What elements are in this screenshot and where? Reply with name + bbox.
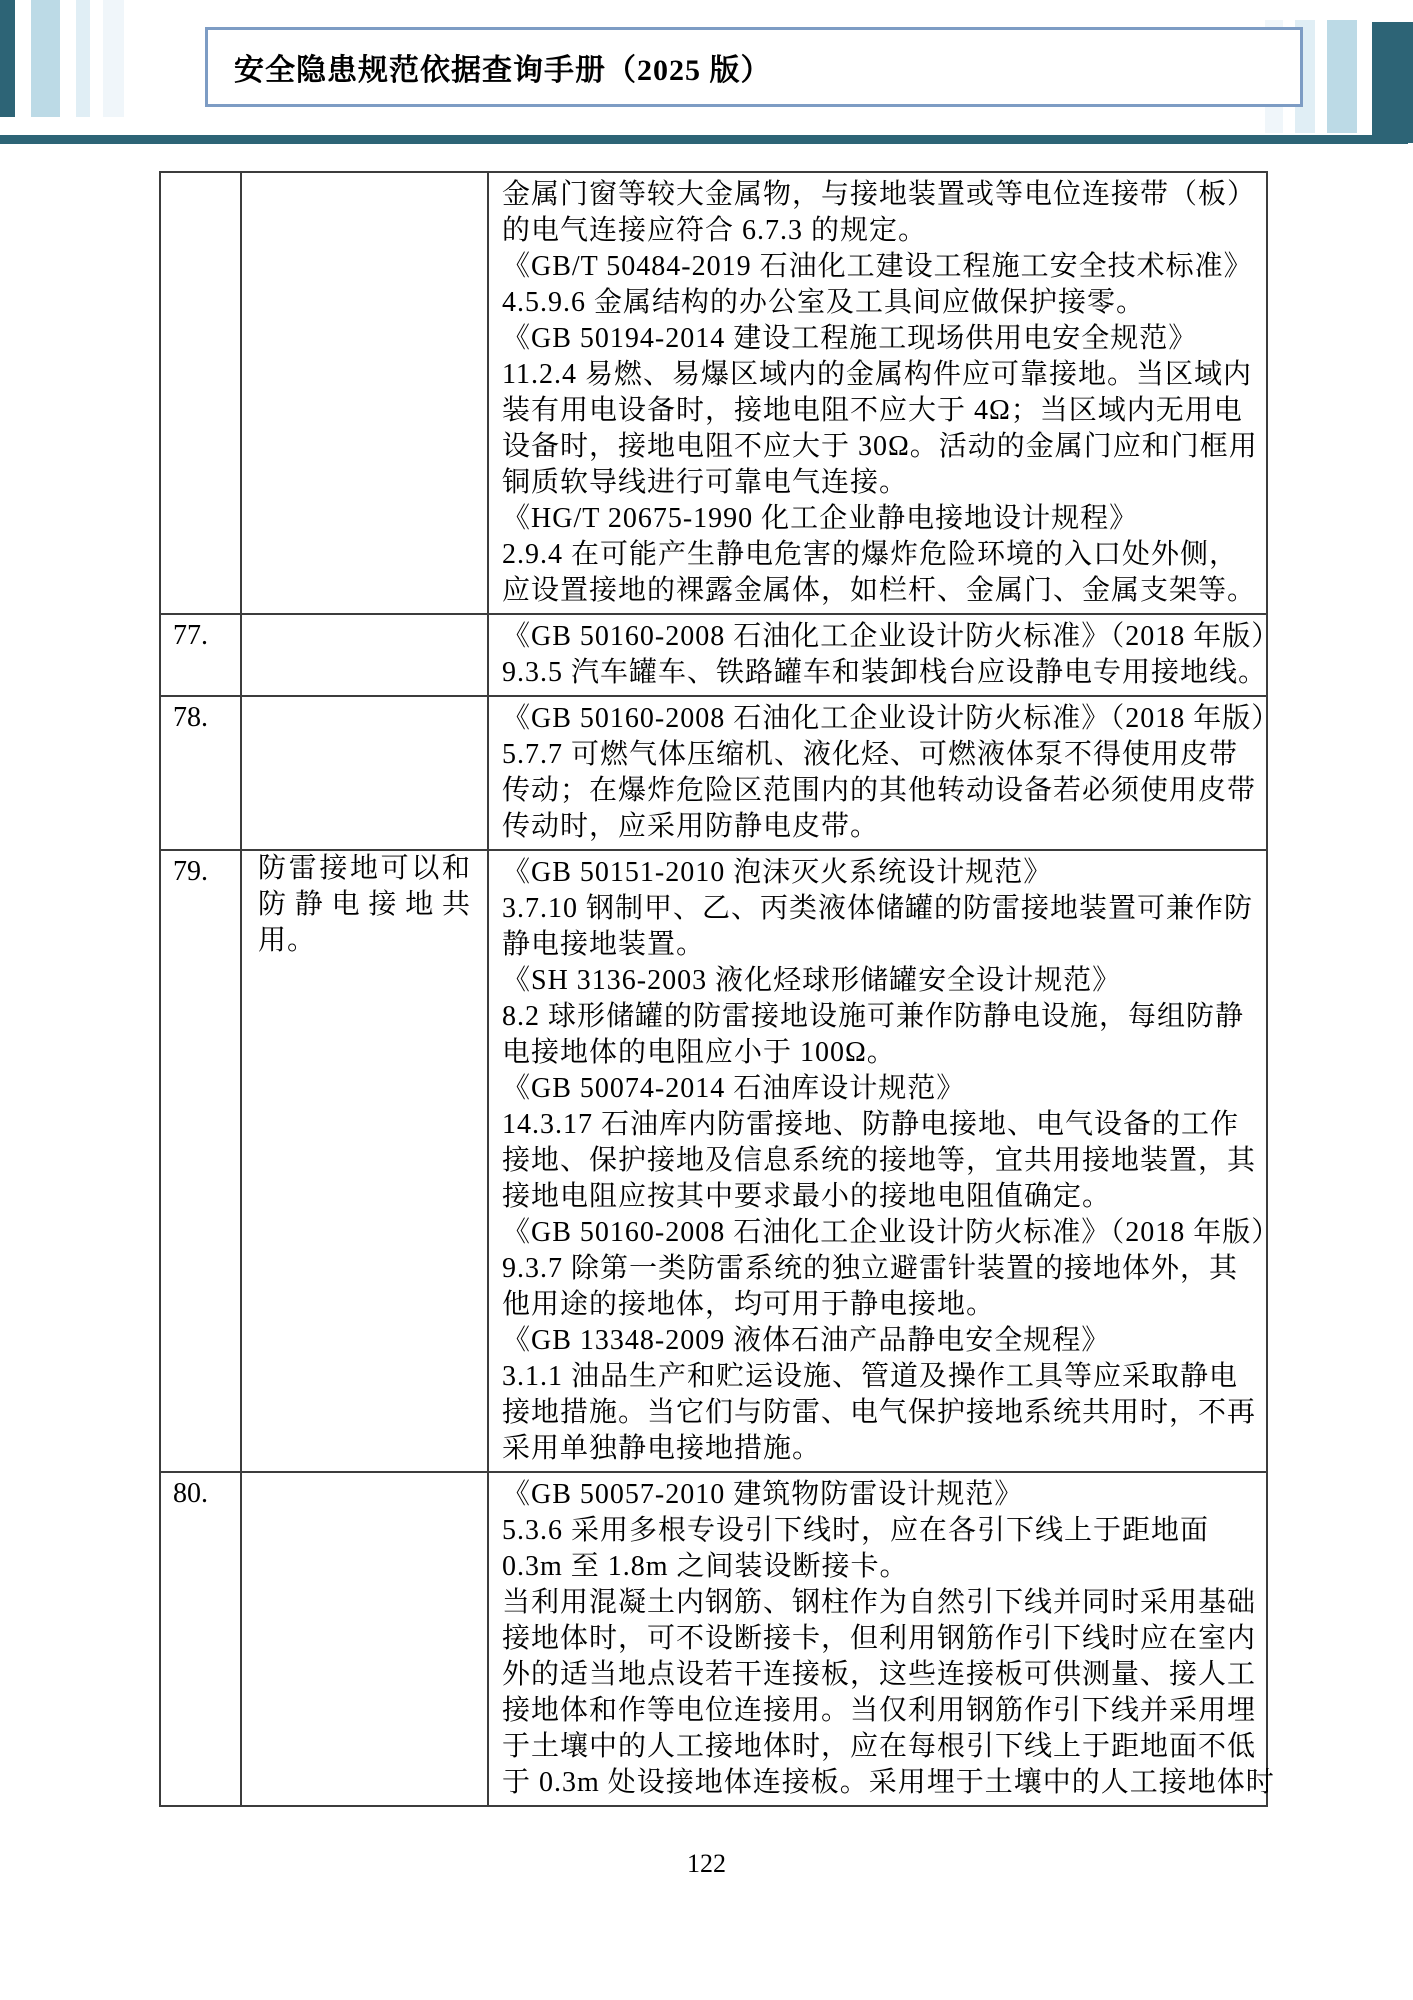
content-line: 接地措施。当它们与防雷、电气保护接地系统共用时，不再 xyxy=(502,1395,1260,1431)
content-line: 装有用电设备时，接地电阻不应大于 4Ω；当区域内无用电 xyxy=(502,393,1260,429)
row-note-cell: 防雷接地可以和防静电接地共用。 xyxy=(241,850,488,1472)
content-line: 接地、保护接地及信息系统的接地等，宜共用接地装置，其 xyxy=(502,1143,1260,1179)
content-line: 《GB 50160-2008 石油化工企业设计防火标准》（2018 年版） xyxy=(502,619,1260,655)
content-line: 接地体时，可不设断接卡，但利用钢筋作引下线时应在室内 xyxy=(502,1621,1260,1657)
row-note-cell xyxy=(241,696,488,850)
content-line: 《HG/T 20675-1990 化工企业静电接地设计规程》 xyxy=(502,501,1260,537)
content-line: 《GB 50194-2014 建设工程施工现场供用电安全规范》 xyxy=(502,321,1260,357)
content-line: 应设置接地的裸露金属体，如栏杆、金属门、金属支架等。 xyxy=(502,573,1260,609)
content-line: 0.3m 至 1.8m 之间装设断接卡。 xyxy=(502,1549,1260,1585)
content-line: 《SH 3136-2003 液化烃球形储罐安全设计规范》 xyxy=(502,963,1260,999)
row-number-cell: 79. xyxy=(160,850,241,1472)
row-note-cell xyxy=(241,172,488,614)
content-line: 设备时，接地电阻不应大于 30Ω。活动的金属门应和门框用 xyxy=(502,429,1260,465)
row-number: 77. xyxy=(173,618,240,654)
content-line: 接地电阻应按其中要求最小的接地电阻值确定。 xyxy=(502,1179,1260,1215)
content-line: 接地体和作等电位连接用。当仅利用钢筋作引下线并采用埋 xyxy=(502,1693,1260,1729)
content-line: 《GB 50151-2010 泡沫灭火系统设计规范》 xyxy=(502,855,1260,891)
content-line: 3.7.10 钢制甲、乙、丙类液体储罐的防雷接地装置可兼作防 xyxy=(502,891,1260,927)
content-line: 14.3.17 石油库内防雷接地、防静电接地、电气设备的工作 xyxy=(502,1107,1260,1143)
page-title: 安全隐患规范依据查询手册（2025 版） xyxy=(208,45,772,89)
row-number-cell: 77. xyxy=(160,614,241,696)
deco-bar-left-light xyxy=(76,0,90,117)
content-line: 外的适当地点设若干连接板，这些连接板可供测量、接人工 xyxy=(502,1657,1260,1693)
row-content-cell: 《GB 50160-2008 石油化工企业设计防火标准》（2018 年版）5.7… xyxy=(488,696,1267,850)
row-note-cell xyxy=(241,614,488,696)
table-body: 金属门窗等较大金属物，与接地装置或等电位连接带（板）的电气连接应符合 6.7.3… xyxy=(160,172,1267,1806)
deco-bar-left-dark xyxy=(0,0,15,117)
content-line: 5.3.6 采用多根专设引下线时，应在各引下线上于距地面 xyxy=(502,1513,1260,1549)
row-note: 防雷接地可以和防静电接地共用。 xyxy=(258,851,471,959)
content-line: 铜质软导线进行可靠电气连接。 xyxy=(502,465,1260,501)
row-content-cell: 金属门窗等较大金属物，与接地装置或等电位连接带（板）的电气连接应符合 6.7.3… xyxy=(488,172,1267,614)
row-number-cell: 80. xyxy=(160,1472,241,1806)
row-number-cell xyxy=(160,172,241,614)
content-line: 静电接地装置。 xyxy=(502,927,1260,963)
table-row: 80. 《GB 50057-2010 建筑物防雷设计规范》5.3.6 采用多根专… xyxy=(160,1472,1267,1806)
regulations-table: 金属门窗等较大金属物，与接地装置或等电位连接带（板）的电气连接应符合 6.7.3… xyxy=(159,171,1268,1807)
content-line: 当利用混凝土内钢筋、钢柱作为自然引下线并同时采用基础 xyxy=(502,1585,1260,1621)
table-row: 77. 《GB 50160-2008 石油化工企业设计防火标准》（2018 年版… xyxy=(160,614,1267,696)
content-line: 传动；在爆炸危险区范围内的其他转动设备若必须使用皮带 xyxy=(502,773,1260,809)
document-page: { "header": { "title": "安全隐患规范依据查询手册（202… xyxy=(0,0,1413,2000)
content-line: 《GB/T 50484-2019 石油化工建设工程施工安全技术标准》 xyxy=(502,249,1260,285)
content-line: 采用单独静电接地措施。 xyxy=(502,1431,1260,1467)
page-header-title-box: 安全隐患规范依据查询手册（2025 版） xyxy=(205,27,1303,107)
deco-bar-right-medium xyxy=(1327,20,1357,133)
table-row: 金属门窗等较大金属物，与接地装置或等电位连接带（板）的电气连接应符合 6.7.3… xyxy=(160,172,1267,614)
content-line: 电接地体的电阻应小于 100Ω。 xyxy=(502,1035,1260,1071)
content-line: 《GB 50160-2008 石油化工企业设计防火标准》（2018 年版） xyxy=(502,701,1260,737)
row-content-cell: 《GB 50160-2008 石油化工企业设计防火标准》（2018 年版）9.3… xyxy=(488,614,1267,696)
header-divider-bar xyxy=(0,135,1408,144)
page-number: 122 xyxy=(0,1849,1413,1879)
content-line: 的电气连接应符合 6.7.3 的规定。 xyxy=(502,213,1260,249)
content-line: 3.1.1 油品生产和贮运设施、管道及操作工具等应采取静电 xyxy=(502,1359,1260,1395)
deco-bar-left-faint xyxy=(103,0,124,117)
content-line: 《GB 50074-2014 石油库设计规范》 xyxy=(502,1071,1260,1107)
row-number: 79. xyxy=(173,854,240,890)
deco-bar-right-dark xyxy=(1372,22,1413,143)
content-line: 《GB 50057-2010 建筑物防雷设计规范》 xyxy=(502,1477,1260,1513)
table-row: 79. 防雷接地可以和防静电接地共用。 《GB 50151-2010 泡沫灭火系… xyxy=(160,850,1267,1472)
row-content-cell: 《GB 50151-2010 泡沫灭火系统设计规范》3.7.10 钢制甲、乙、丙… xyxy=(488,850,1267,1472)
row-number: 78. xyxy=(173,700,240,736)
content-line: 9.3.7 除第一类防雷系统的独立避雷针装置的接地体外，其 xyxy=(502,1251,1260,1287)
content-line: 9.3.5 汽车罐车、铁路罐车和装卸栈台应设静电专用接地线。 xyxy=(502,655,1260,691)
table-row: 78. 《GB 50160-2008 石油化工企业设计防火标准》（2018 年版… xyxy=(160,696,1267,850)
content-line: 11.2.4 易燃、易爆区域内的金属构件应可靠接地。当区域内 xyxy=(502,357,1260,393)
row-number-cell: 78. xyxy=(160,696,241,850)
content-line: 2.9.4 在可能产生静电危害的爆炸危险环境的入口处外侧， xyxy=(502,537,1260,573)
row-note-cell xyxy=(241,1472,488,1806)
content-line: 传动时，应采用防静电皮带。 xyxy=(502,809,1260,845)
content-line: 金属门窗等较大金属物，与接地装置或等电位连接带（板） xyxy=(502,177,1260,213)
content-line: 《GB 50160-2008 石油化工企业设计防火标准》（2018 年版） xyxy=(502,1215,1260,1251)
deco-bar-left-medium xyxy=(31,0,60,117)
row-content-cell: 《GB 50057-2010 建筑物防雷设计规范》5.3.6 采用多根专设引下线… xyxy=(488,1472,1267,1806)
content-line: 他用途的接地体，均可用于静电接地。 xyxy=(502,1287,1260,1323)
content-line: 《GB 13348-2009 液体石油产品静电安全规程》 xyxy=(502,1323,1260,1359)
content-line: 4.5.9.6 金属结构的办公室及工具间应做保护接零。 xyxy=(502,285,1260,321)
content-line: 8.2 球形储罐的防雷接地设施可兼作防静电设施，每组防静 xyxy=(502,999,1260,1035)
content-line: 于 0.3m 处设接地体连接板。采用埋于土壤中的人工接地体时 xyxy=(502,1765,1260,1801)
content-line: 5.7.7 可燃气体压缩机、液化烃、可燃液体泵不得使用皮带 xyxy=(502,737,1260,773)
content-line: 于土壤中的人工接地体时，应在每根引下线上于距地面不低 xyxy=(502,1729,1260,1765)
row-number: 80. xyxy=(173,1476,240,1512)
